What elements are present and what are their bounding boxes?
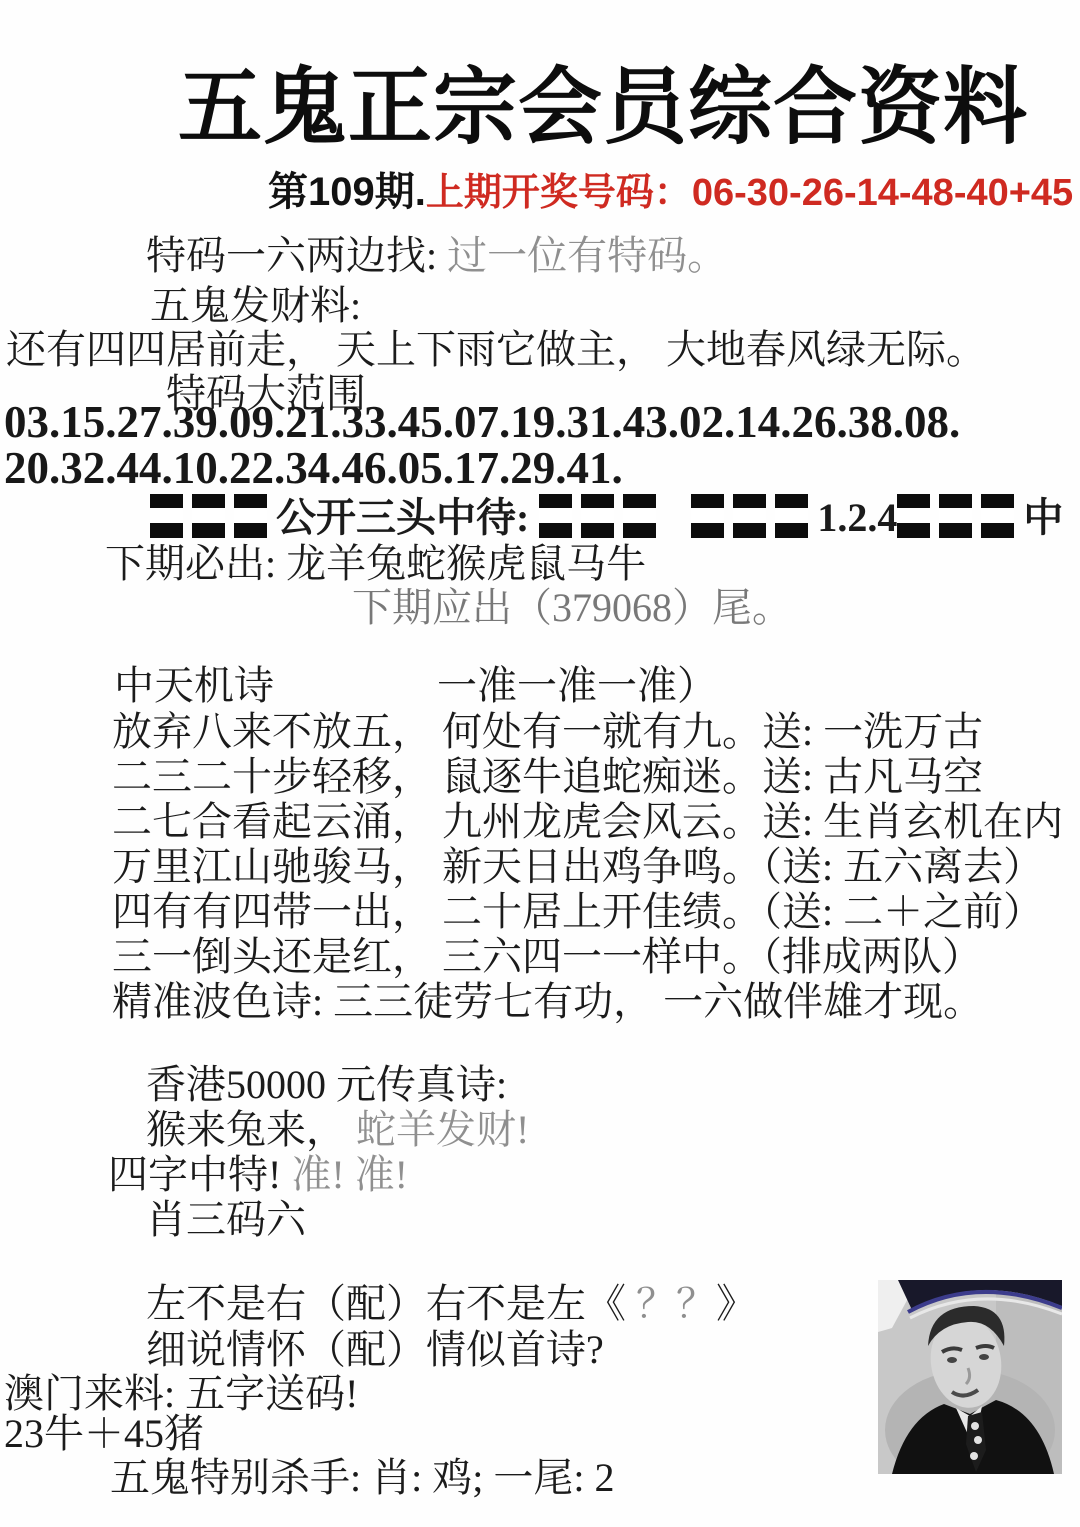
redacted-block (775, 494, 808, 538)
killer-line: 五鬼特别杀手: 肖: 鸡; 一尾: 2 (110, 1446, 614, 1503)
special-code-hint: 特码一六两边找: 过一位有特码。 (146, 224, 727, 281)
hint-value: 过一位有特码。 (447, 233, 727, 278)
redacted-block-group (691, 494, 817, 541)
portrait-photo (878, 1280, 1062, 1474)
range-numbers-line1: 03.15.27.39.09.21.33.45.07.19.31.43.02.1… (4, 396, 960, 448)
redacted-block (981, 494, 1014, 538)
next-should-line: 下期应出（379068）尾。 (352, 576, 792, 633)
redacted-block (733, 494, 766, 538)
redacted-block (691, 494, 724, 538)
redacted-block (939, 494, 972, 538)
fortune-text: 还有四四居前走， 天上下雨它做主， 大地春风绿无际。 (6, 318, 986, 375)
three-heads-suffix: 中 (1023, 495, 1063, 540)
footer-pair1-question: ？？ (636, 1281, 716, 1326)
fax-line3-gray: 准! 准! (291, 1152, 408, 1197)
last-draw-numbers: 上期开奖号码：06-30-26-14-48-40+45 (426, 172, 1073, 214)
hint-label: 特码一六两边找: (146, 233, 447, 278)
page-title: 五鬼正宗会员综合资料 (178, 40, 1028, 161)
issue-number: 第109期. (268, 170, 426, 214)
fax-line4: 肖三码六 (146, 1188, 306, 1245)
redacted-block (897, 494, 930, 538)
portrait-photo-art (878, 1280, 1062, 1474)
footer-pair1-end: 》 (716, 1281, 756, 1326)
poem-line: 精准波色诗: 三三徒劳七有功， 一六做伴雄才现。 (112, 970, 983, 1027)
lottery-info-sheet: 五鬼正宗会员综合资料 第109期.上期开奖号码：06-30-26-14-48-4… (0, 0, 1080, 1527)
three-heads-numbers: 1.2.4 (817, 495, 897, 540)
redacted-block-group (897, 494, 1023, 541)
issue-row: 第109期.上期开奖号码：06-30-26-14-48-40+45 (268, 160, 1073, 217)
